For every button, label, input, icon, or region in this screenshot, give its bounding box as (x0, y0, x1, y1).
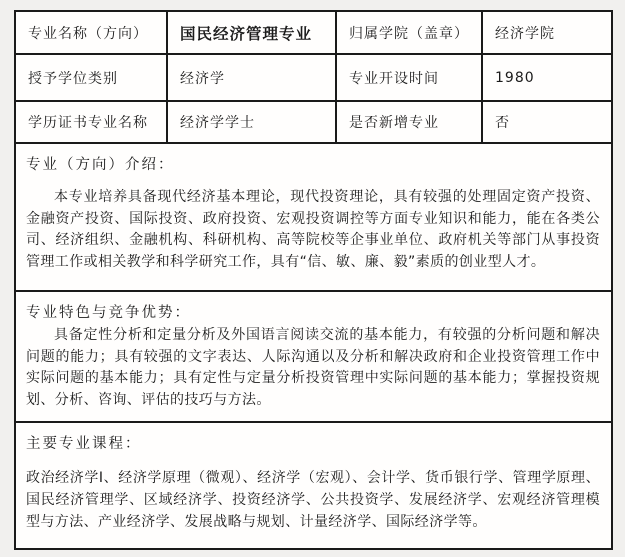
field-label-start-year: 专业开设时间 (336, 54, 482, 101)
field-value-start-year: 1980 (482, 54, 612, 101)
field-label-college: 归属学院（盖章） (336, 11, 482, 54)
field-label-major-name: 专业名称（方向） (15, 11, 167, 54)
section-courses-heading: 主要专业课程： (26, 432, 600, 453)
section-intro-row: 专业（方向）介绍： 本专业培养具备现代经济基本理论，现代投资理论，具有较强的处理… (15, 143, 612, 291)
table-row: 学历证书专业名称 经济学学士 是否新增专业 否 (15, 101, 612, 143)
field-value-degree-type: 经济学 (167, 54, 336, 101)
field-value-certificate-name: 经济学学士 (167, 101, 336, 143)
section-features-row: 专业特色与竞争优势： 具备定性分析和定量分析及外国语言阅读交流的基本能力，有较强… (15, 291, 612, 422)
field-label-certificate-name: 学历证书专业名称 (15, 101, 167, 143)
table-row: 专业名称（方向） 国民经济管理专业 归属学院（盖章） 经济学院 (15, 11, 612, 54)
section-courses-row: 主要专业课程： 政治经济学Ⅰ、经济学原理（微观）、经济学（宏观）、会计学、货币银… (15, 422, 612, 549)
field-label-is-new-major: 是否新增专业 (336, 101, 482, 143)
field-value-major-name: 国民经济管理专业 (167, 11, 336, 54)
section-intro: 专业（方向）介绍： 本专业培养具备现代经济基本理论，现代投资理论，具有较强的处理… (15, 143, 612, 291)
section-features-heading: 专业特色与竞争优势： (26, 301, 600, 322)
section-intro-heading: 专业（方向）介绍： (26, 153, 600, 174)
field-value-is-new-major: 否 (482, 101, 612, 143)
section-features-body: 具备定性分析和定量分析及外国语言阅读交流的基本能力，有较强的分析问题和解决问题的… (26, 325, 600, 411)
section-courses-body: 政治经济学Ⅰ、经济学原理（微观）、经济学（宏观）、会计学、货币银行学、管理学原理… (26, 468, 600, 533)
section-intro-body: 本专业培养具备现代经济基本理论，现代投资理论，具有较强的处理固定资产投资、金融资… (26, 187, 600, 273)
section-courses: 主要专业课程： 政治经济学Ⅰ、经济学原理（微观）、经济学（宏观）、会计学、货币银… (15, 422, 612, 549)
section-features: 专业特色与竞争优势： 具备定性分析和定量分析及外国语言阅读交流的基本能力，有较强… (15, 291, 612, 422)
field-label-degree-type: 授予学位类别 (15, 54, 167, 101)
major-profile-table: 专业名称（方向） 国民经济管理专业 归属学院（盖章） 经济学院 授予学位类别 经… (14, 10, 613, 550)
field-value-college: 经济学院 (482, 11, 612, 54)
table-row: 授予学位类别 经济学 专业开设时间 1980 (15, 54, 612, 101)
